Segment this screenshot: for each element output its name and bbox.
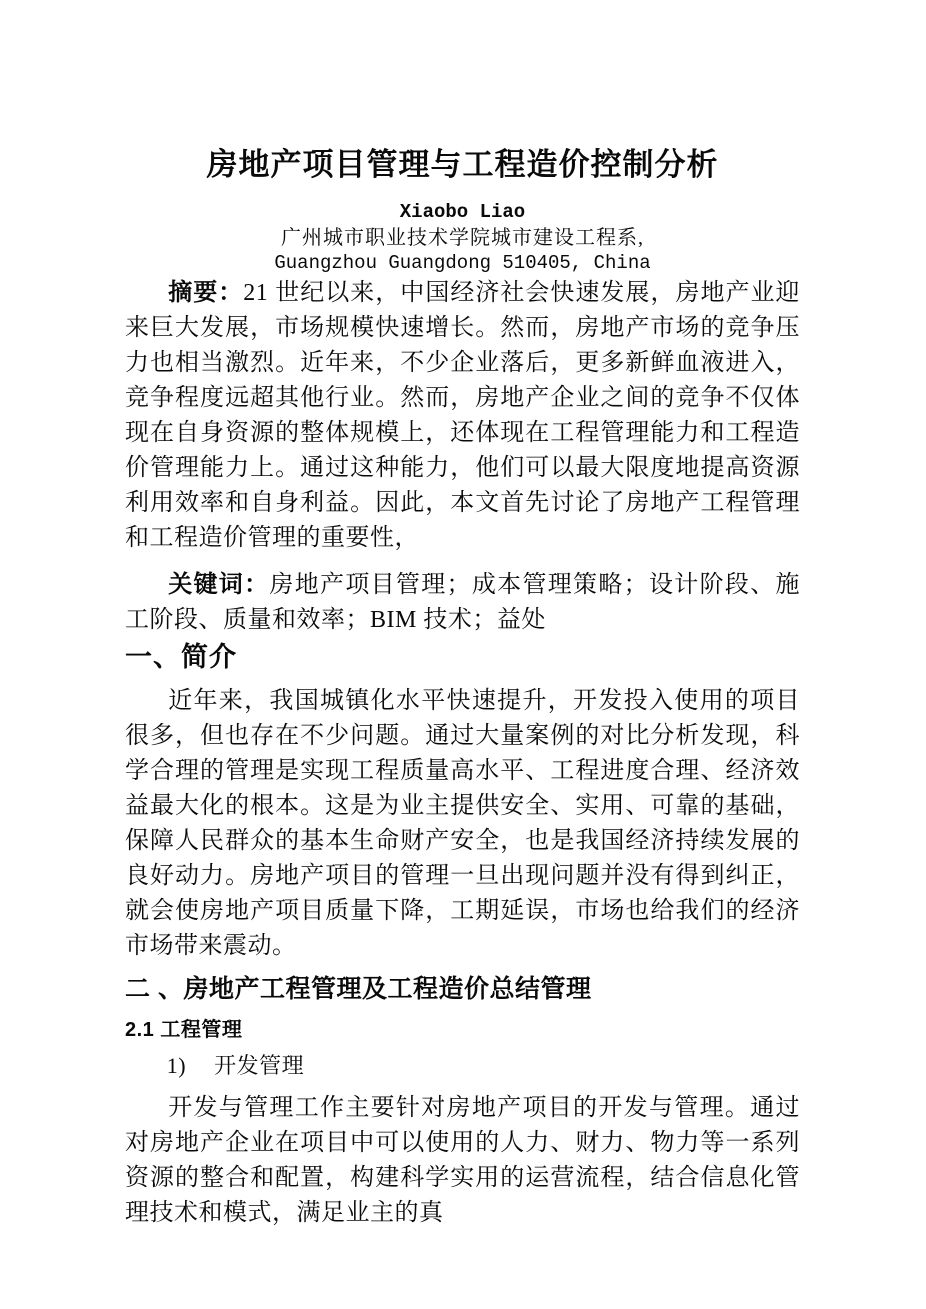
section-1-heading: 一、简介 <box>125 642 800 673</box>
author-address: Guangzhou Guangdong 510405, China <box>125 253 800 274</box>
author-affiliation: 广州城市职业技术学院城市建设工程系, <box>125 226 800 251</box>
section-1-paragraph: 近年来，我国城镇化水平快速提升，开发投入使用的项目很多，但也存在不少问题。通过大… <box>125 684 800 964</box>
abstract-paragraph: 摘要：21 世纪以来，中国经济社会快速发展，房地产业迎来巨大发展，市场规模快速增… <box>125 275 800 556</box>
list-item-number: 1) <box>167 1053 186 1078</box>
list-item-label: 开发管理 <box>214 1053 304 1078</box>
section-2-heading: 二 、房地产工程管理及工程造价总结管理 <box>125 975 800 1004</box>
section-2-1-subheading: 2.1 工程管理 <box>125 1018 800 1042</box>
section-2-paragraph: 开发与管理工作主要针对房地产项目的开发与管理。通过对房地产企业在项目中可以使用的… <box>125 1091 800 1231</box>
author-name: Xiaobo Liao <box>125 202 800 223</box>
numbered-list-item: 1)开发管理 <box>125 1051 800 1081</box>
keywords-paragraph: 关键词：房地产项目管理；成本管理策略；设计阶段、施工阶段、质量和效率；BIM 技… <box>125 567 800 638</box>
paper-title: 房地产项目管理与工程造价控制分析 <box>125 145 800 185</box>
document-page: 房地产项目管理与工程造价控制分析 Xiaobo Liao 广州城市职业技术学院城… <box>0 0 926 1309</box>
keywords-label: 关键词： <box>168 571 269 598</box>
abstract-text: 21 世纪以来，中国经济社会快速发展，房地产业迎来巨大发展，市场规模快速增长。然… <box>125 280 800 551</box>
abstract-label: 摘要： <box>168 279 243 306</box>
